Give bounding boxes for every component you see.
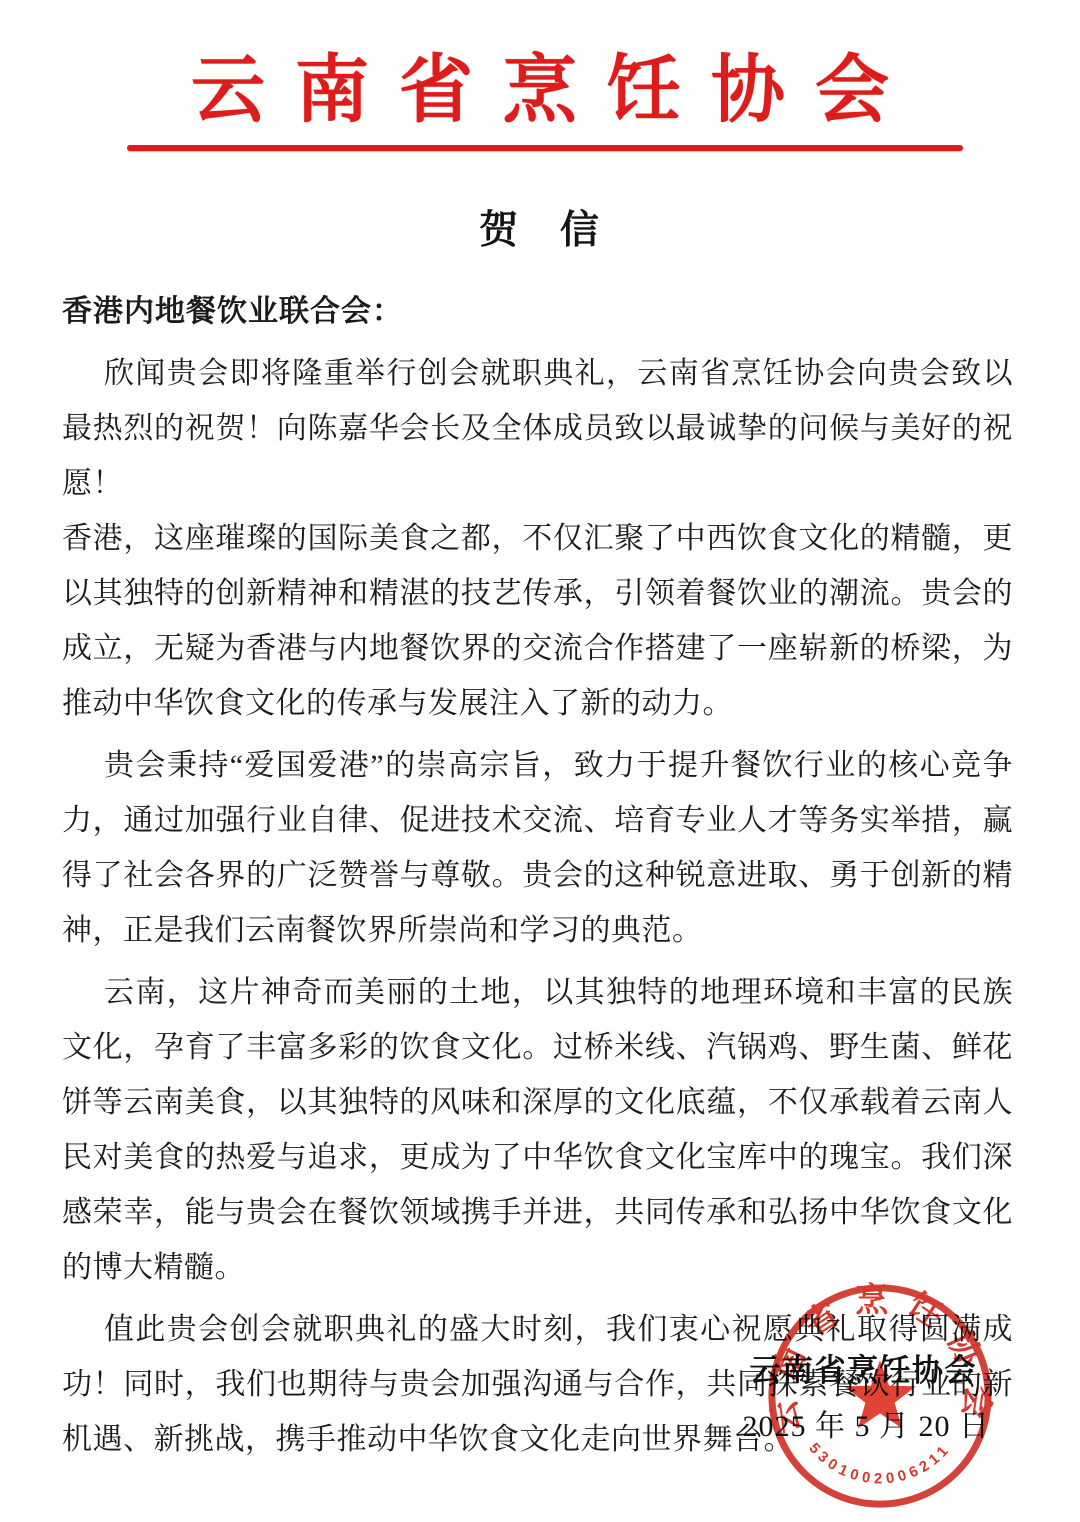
letterhead-title: 云南省烹饪协会 xyxy=(0,0,1080,129)
letter-content: 香港内地餐饮业联合会： 欣闻贵会即将隆重举行创会就职典礼，云南省烹饪协会向贵会致… xyxy=(0,284,1080,1467)
letterhead-divider xyxy=(127,145,963,151)
letterhead: 云南省烹饪协会 xyxy=(0,0,1080,151)
paragraph-3: 贵会秉持“爱国爱港”的崇高宗旨，致力于提升餐饮行业的核心竞争力，通过加强行业自律… xyxy=(62,738,1013,958)
salutation: 香港内地餐饮业联合会： xyxy=(62,284,1013,339)
letter-date: 2025 年 5 月 20 日 xyxy=(743,1401,991,1445)
paragraph-4: 云南，这片神奇而美丽的土地，以其独特的地理环境和丰富的民族文化，孕育了丰富多彩的… xyxy=(62,965,1013,1295)
signature: 云南省烹饪协会 xyxy=(750,1345,978,1390)
paragraph-1: 欣闻贵会即将隆重举行创会就职典礼，云南省烹饪协会向贵会致以最热烈的祝贺！向陈嘉华… xyxy=(62,346,1013,511)
letter-title: 贺 信 xyxy=(0,211,1080,251)
paragraph-2: 香港，这座璀璨的国际美食之都，不仅汇聚了中西饮食文化的精髓，更以其独特的创新精神… xyxy=(62,511,1013,731)
letter-body: 贺 信 香港内地餐饮业联合会： 欣闻贵会即将隆重举行创会就职典礼，云南省烹饪协会… xyxy=(0,211,1080,1466)
letter-page: 云南省烹饪协会 贺 信 香港内地餐饮业联合会： 欣闻贵会即将隆重举行创会就职典礼… xyxy=(0,0,1080,1522)
